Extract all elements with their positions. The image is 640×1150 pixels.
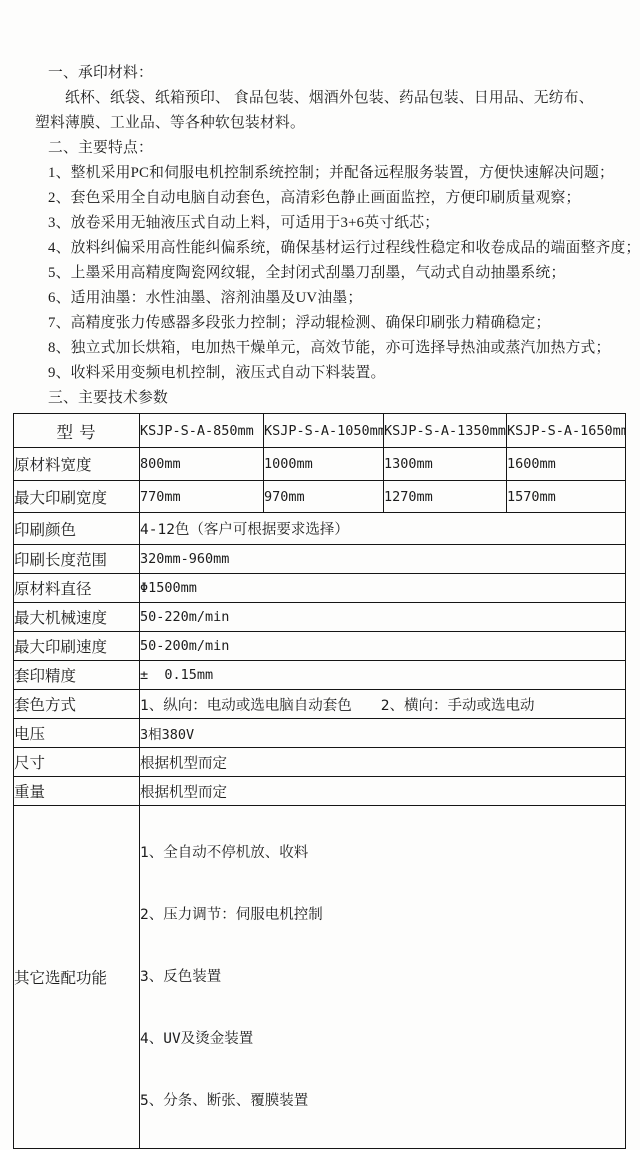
spec-model-1: KSJP-S-A-850mm bbox=[140, 414, 264, 448]
table-row-model: 型 号 KSJP-S-A-850mm KSJP-S-A-1050mm KSJP-… bbox=[14, 414, 626, 448]
spec-value: 3相380V bbox=[140, 719, 626, 748]
spec-label: 最大机械速度 bbox=[14, 603, 140, 632]
spec-model-3: KSJP-S-A-1350mm bbox=[384, 414, 507, 448]
spec-value: 1000mm bbox=[264, 448, 384, 481]
table-row-material-width: 原材料宽度 800mm 1000mm 1300mm 1600mm bbox=[14, 448, 626, 481]
table-row-weight: 重量 根据机型而定 bbox=[14, 777, 626, 806]
spec-value: 根据机型而定 bbox=[140, 777, 626, 806]
spec-value: 1270mm bbox=[384, 481, 507, 513]
table-row-material-diameter: 原材料直径 Φ1500mm bbox=[14, 574, 626, 603]
document-page: 一、承印材料： 纸杯、纸袋、纸箱预印、 食品包装、烟酒外包装、药品包装、日用品、… bbox=[0, 0, 640, 1150]
feature-item-9: 9、收料采用变频电机控制，液压式自动下料装置。 bbox=[0, 361, 640, 386]
spec-value: 1570mm bbox=[507, 481, 626, 513]
spec-label: 印刷颜色 bbox=[14, 513, 140, 545]
option-item-3: 3、反色装置 bbox=[140, 962, 625, 992]
spec-value: 320mm-960mm bbox=[140, 545, 626, 574]
table-row-max-print-speed: 最大印刷速度 50-200m/min bbox=[14, 632, 626, 661]
feature-item-6: 6、适用油墨：水性油墨、溶剂油墨及UV油墨； bbox=[0, 286, 640, 311]
spec-label-model: 型 号 bbox=[14, 414, 140, 448]
section2-heading: 二、主要特点： bbox=[0, 136, 640, 161]
option-item-5: 5、分条、断张、覆膜装置 bbox=[140, 1086, 625, 1116]
spec-value: 970mm bbox=[264, 481, 384, 513]
spec-label: 印刷长度范围 bbox=[14, 545, 140, 574]
spec-value: 1300mm bbox=[384, 448, 507, 481]
option-item-2: 2、压力调节：伺服电机控制 bbox=[140, 900, 625, 930]
spec-value: 50-220m/min bbox=[140, 603, 626, 632]
spec-label: 套印精度 bbox=[14, 661, 140, 690]
spec-label: 原材料宽度 bbox=[14, 448, 140, 481]
table-row-print-colors: 印刷颜色 4-12色（客户可根据要求选择） bbox=[14, 513, 626, 545]
feature-item-5: 5、上墨采用高精度陶瓷网纹辊，全封闭式刮墨刀刮墨，气动式自动抽墨系统； bbox=[0, 261, 640, 286]
spec-label: 其它选配功能 bbox=[14, 806, 140, 1149]
spec-label: 电压 bbox=[14, 719, 140, 748]
table-row-optional-functions: 其它选配功能 1、全自动不停机放、收料 2、压力调节：伺服电机控制 3、反色装置… bbox=[14, 806, 626, 1149]
table-row-max-mechanical-speed: 最大机械速度 50-220m/min bbox=[14, 603, 626, 632]
spec-label: 最大印刷宽度 bbox=[14, 481, 140, 513]
spec-table: 型 号 KSJP-S-A-850mm KSJP-S-A-1050mm KSJP-… bbox=[13, 413, 626, 1149]
feature-item-8: 8、独立式加长烘箱，电加热干燥单元，高效节能，亦可选择导热油或蒸汽加热方式； bbox=[0, 336, 640, 361]
feature-item-3: 3、放卷采用无轴液压式自动上料，可适用于3+6英寸纸芯； bbox=[0, 211, 640, 236]
spec-label: 重量 bbox=[14, 777, 140, 806]
table-row-dimensions: 尺寸 根据机型而定 bbox=[14, 748, 626, 777]
spec-model-4: KSJP-S-A-1650mm bbox=[507, 414, 626, 448]
spec-value: Φ1500mm bbox=[140, 574, 626, 603]
spec-value: 4-12色（客户可根据要求选择） bbox=[140, 513, 626, 545]
section3-heading: 三、主要技术参数 bbox=[0, 386, 640, 411]
spec-value: 50-200m/min bbox=[140, 632, 626, 661]
spec-value: 1600mm bbox=[507, 448, 626, 481]
spec-value: 1、纵向：电动或选电脑自动套色 2、横向：手动或选电动 bbox=[140, 690, 626, 719]
table-row-register-accuracy: 套印精度 ± 0.15mm bbox=[14, 661, 626, 690]
document-body: 一、承印材料： 纸杯、纸袋、纸箱预印、 食品包装、烟酒外包装、药品包装、日用品、… bbox=[0, 0, 640, 1149]
feature-item-7: 7、高精度张力传感器多段张力控制；浮动辊检测、确保印刷张力精确稳定； bbox=[0, 311, 640, 336]
section1-paragraph-line: 塑料薄膜、工业品、等各种软包装材料。 bbox=[0, 111, 640, 136]
spec-label: 套色方式 bbox=[14, 690, 140, 719]
section1-heading: 一、承印材料： bbox=[0, 61, 640, 86]
option-item-4: 4、UV及烫金装置 bbox=[140, 1024, 625, 1054]
section1-paragraph-line: 纸杯、纸袋、纸箱预印、 食品包装、烟酒外包装、药品包装、日用品、无纺布、 bbox=[0, 86, 640, 111]
spec-value-options: 1、全自动不停机放、收料 2、压力调节：伺服电机控制 3、反色装置 4、UV及烫… bbox=[140, 806, 626, 1149]
option-item-1: 1、全自动不停机放、收料 bbox=[140, 838, 625, 868]
table-row-register-mode: 套色方式 1、纵向：电动或选电脑自动套色 2、横向：手动或选电动 bbox=[14, 690, 626, 719]
spec-value: ± 0.15mm bbox=[140, 661, 626, 690]
spec-value: 根据机型而定 bbox=[140, 748, 626, 777]
spec-value: 800mm bbox=[140, 448, 264, 481]
spec-label: 原材料直径 bbox=[14, 574, 140, 603]
table-row-max-print-width: 最大印刷宽度 770mm 970mm 1270mm 1570mm bbox=[14, 481, 626, 513]
feature-item-4: 4、放料纠偏采用高性能纠偏系统，确保基材运行过程线性稳定和收卷成品的端面整齐度； bbox=[0, 236, 640, 261]
spec-label: 尺寸 bbox=[14, 748, 140, 777]
spec-value: 770mm bbox=[140, 481, 264, 513]
spec-model-2: KSJP-S-A-1050mm bbox=[264, 414, 384, 448]
feature-item-1: 1、整机采用PC和伺服电机控制系统控制；并配备远程服务装置，方便快速解决问题； bbox=[0, 161, 640, 186]
feature-item-2: 2、套色采用全自动电脑自动套色，高清彩色静止画面监控，方便印刷质量观察； bbox=[0, 186, 640, 211]
table-row-print-length: 印刷长度范围 320mm-960mm bbox=[14, 545, 626, 574]
table-row-voltage: 电压 3相380V bbox=[14, 719, 626, 748]
spec-label: 最大印刷速度 bbox=[14, 632, 140, 661]
